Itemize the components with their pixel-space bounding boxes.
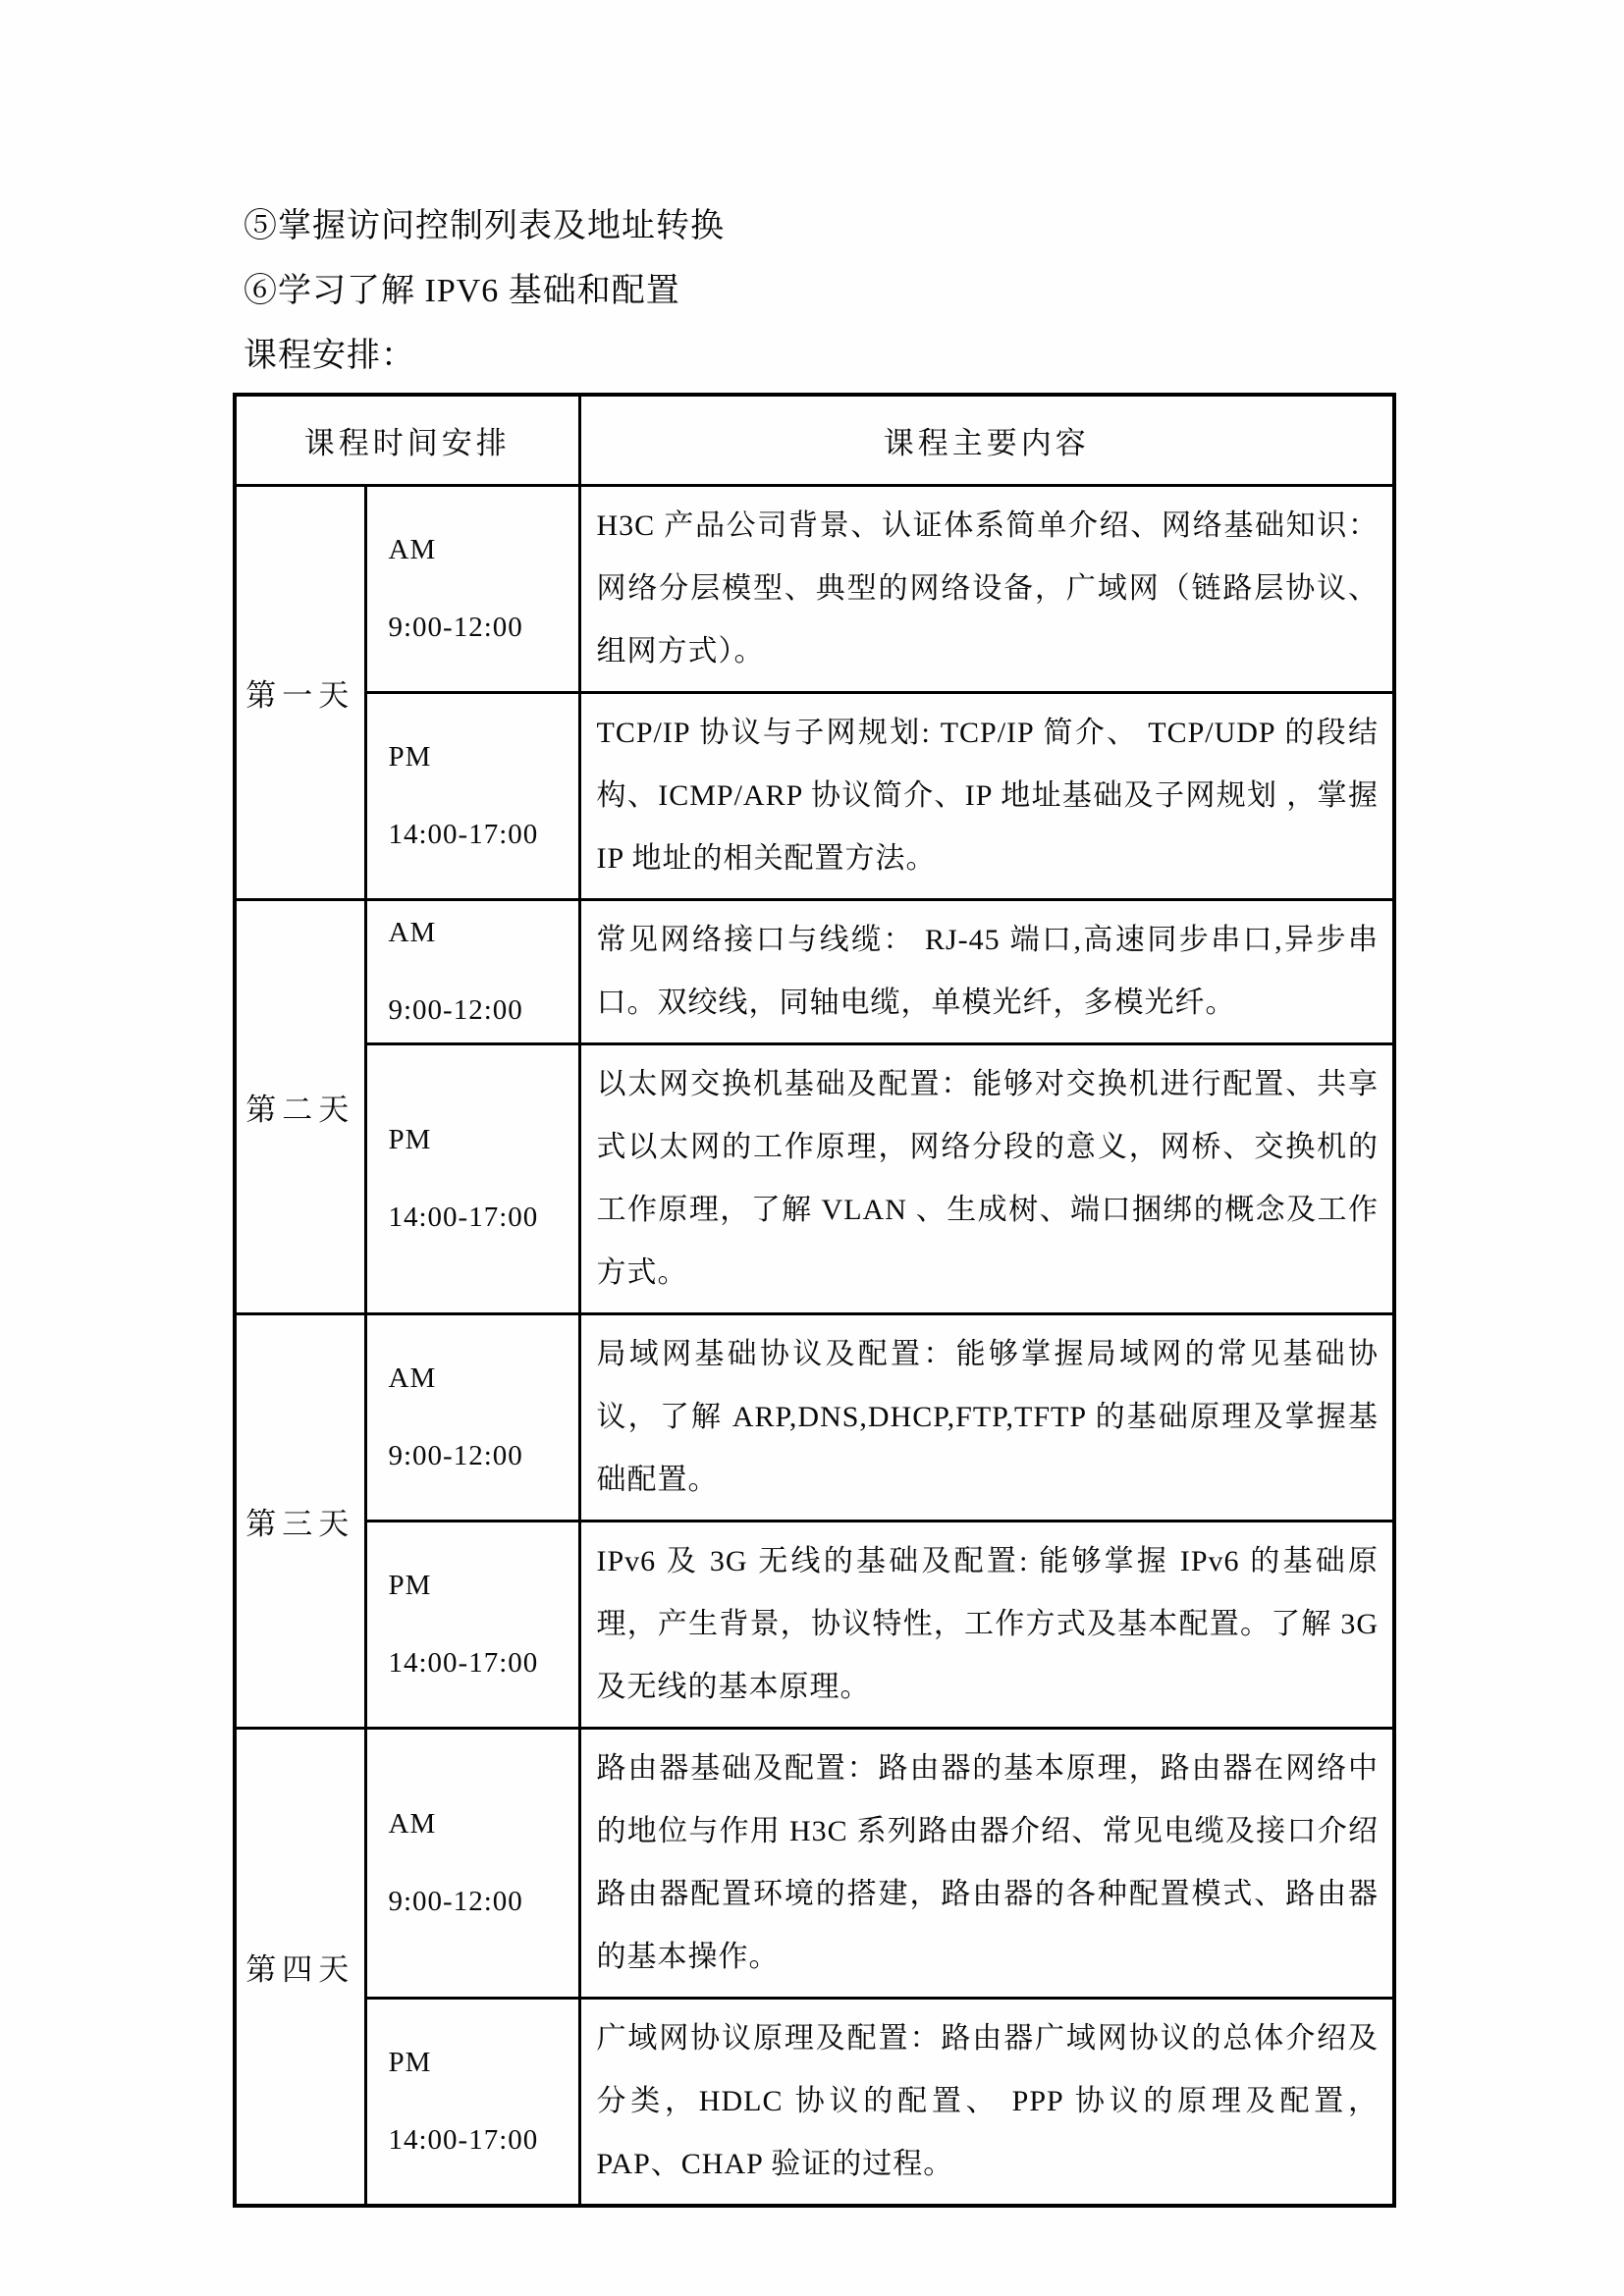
session-hours: 9:00-12:00 — [389, 1886, 578, 1918]
session-hours: 9:00-12:00 — [389, 994, 578, 1027]
session-period: AM — [389, 1362, 578, 1395]
session-content: 广域网协议原理及配置：路由器广域网协议的总体介绍及分类，HDLC 协议的配置、 … — [597, 2007, 1380, 2196]
session-time-cell: AM 9:00-12:00 — [365, 1313, 579, 1521]
session-period: AM — [389, 534, 578, 566]
session-time-cell: PM 14:00-17:00 — [365, 692, 579, 899]
table-row: PM 14:00-17:00 以太网交换机基础及配置：能够对交换机进行配置、共享… — [235, 1043, 1394, 1313]
day-label-1: 第一天 — [235, 485, 365, 899]
session-time-cell: AM 9:00-12:00 — [365, 485, 579, 692]
table-row: PM 14:00-17:00 IPv6 及 3G 无线的基础及配置: 能够掌握 … — [235, 1521, 1394, 1728]
session-hours: 14:00-17:00 — [389, 819, 578, 851]
session-content: TCP/IP 协议与子网规划: TCP/IP 简介、 TCP/UDP 的段结构、… — [597, 702, 1380, 890]
intro-line-ipv6: ⑥学习了解 IPV6 基础和配置 — [244, 271, 725, 312]
session-content-cell: 以太网交换机基础及配置：能够对交换机进行配置、共享式以太网的工作原理，网络分段的… — [579, 1043, 1394, 1313]
session-time-cell: PM 14:00-17:00 — [365, 1043, 579, 1313]
session-content-cell: IPv6 及 3G 无线的基础及配置: 能够掌握 IPv6 的基础原理，产生背景… — [579, 1521, 1394, 1728]
session-content: 局域网基础协议及配置：能够掌握局域网的常见基础协议，了解 ARP,DNS,DHC… — [597, 1323, 1380, 1512]
session-content: 路由器基础及配置：路由器的基本原理，路由器在网络中的地位与作用 H3C 系列路由… — [597, 1737, 1380, 1989]
document-page: ⑤掌握访问控制列表及地址转换 ⑥学习了解 IPV6 基础和配置 课程安排： 课程… — [0, 0, 1624, 2296]
session-hours: 14:00-17:00 — [389, 2124, 578, 2157]
session-content-cell: TCP/IP 协议与子网规划: TCP/IP 简介、 TCP/UDP 的段结构、… — [579, 692, 1394, 899]
header-content-col: 课程主要内容 — [579, 395, 1394, 485]
session-content-cell: 广域网协议原理及配置：路由器广域网协议的总体介绍及分类，HDLC 协议的配置、 … — [579, 1998, 1394, 2206]
table-row: 第四天 AM 9:00-12:00 路由器基础及配置：路由器的基本原理，路由器在… — [235, 1728, 1394, 1998]
session-time-cell: PM 14:00-17:00 — [365, 1521, 579, 1728]
session-content: 以太网交换机基础及配置：能够对交换机进行配置、共享式以太网的工作原理，网络分段的… — [597, 1053, 1380, 1305]
session-hours: 14:00-17:00 — [389, 1201, 578, 1234]
intro-line-acl: ⑤掌握访问控制列表及地址转换 — [244, 206, 725, 247]
session-time-cell: PM 14:00-17:00 — [365, 1998, 579, 2206]
table-row: PM 14:00-17:00 广域网协议原理及配置：路由器广域网协议的总体介绍及… — [235, 1998, 1394, 2206]
table-row: 第一天 AM 9:00-12:00 H3C 产品公司背景、认证体系简单介绍、网络… — [235, 485, 1394, 692]
session-content: H3C 产品公司背景、认证体系简单介绍、网络基础知识：网络分层模型、典型的网络设… — [597, 495, 1380, 683]
session-period: AM — [389, 917, 578, 949]
day-label-2: 第二天 — [235, 899, 365, 1313]
session-content: IPv6 及 3G 无线的基础及配置: 能够掌握 IPv6 的基础原理，产生背景… — [597, 1530, 1380, 1719]
session-content: 常见网络接口与线缆： RJ-45 端口,高速同步串口,异步串口。双绞线，同轴电缆… — [597, 909, 1380, 1035]
table-row: PM 14:00-17:00 TCP/IP 协议与子网规划: TCP/IP 简介… — [235, 692, 1394, 899]
session-hours: 9:00-12:00 — [389, 1440, 578, 1472]
session-period: AM — [389, 1808, 578, 1841]
session-time-cell: AM 9:00-12:00 — [365, 899, 579, 1043]
intro-block: ⑤掌握访问控制列表及地址转换 ⑥学习了解 IPV6 基础和配置 课程安排： — [244, 206, 725, 377]
session-content-cell: 路由器基础及配置：路由器的基本原理，路由器在网络中的地位与作用 H3C 系列路由… — [579, 1728, 1394, 1998]
session-hours: 14:00-17:00 — [389, 1647, 578, 1680]
course-schedule-table: 课程时间安排 课程主要内容 第一天 AM 9:00-12:00 H3C 产品公司… — [233, 393, 1396, 2208]
session-content-cell: H3C 产品公司背景、认证体系简单介绍、网络基础知识：网络分层模型、典型的网络设… — [579, 485, 1394, 692]
session-hours: 9:00-12:00 — [389, 612, 578, 644]
session-content-cell: 局域网基础协议及配置：能够掌握局域网的常见基础协议，了解 ARP,DNS,DHC… — [579, 1313, 1394, 1521]
table-header-row: 课程时间安排 课程主要内容 — [235, 395, 1394, 485]
header-time-col: 课程时间安排 — [235, 395, 579, 485]
session-period: PM — [389, 2047, 578, 2079]
session-period: PM — [389, 741, 578, 774]
session-period: PM — [389, 1124, 578, 1156]
intro-line-schedule-title: 课程安排： — [244, 336, 725, 377]
day-label-3: 第三天 — [235, 1313, 365, 1728]
table-row: 第二天 AM 9:00-12:00 常见网络接口与线缆： RJ-45 端口,高速… — [235, 899, 1394, 1043]
table-row: 第三天 AM 9:00-12:00 局域网基础协议及配置：能够掌握局域网的常见基… — [235, 1313, 1394, 1521]
session-content-cell: 常见网络接口与线缆： RJ-45 端口,高速同步串口,异步串口。双绞线，同轴电缆… — [579, 899, 1394, 1043]
session-period: PM — [389, 1570, 578, 1602]
day-label-4: 第四天 — [235, 1728, 365, 2206]
session-time-cell: AM 9:00-12:00 — [365, 1728, 579, 1998]
